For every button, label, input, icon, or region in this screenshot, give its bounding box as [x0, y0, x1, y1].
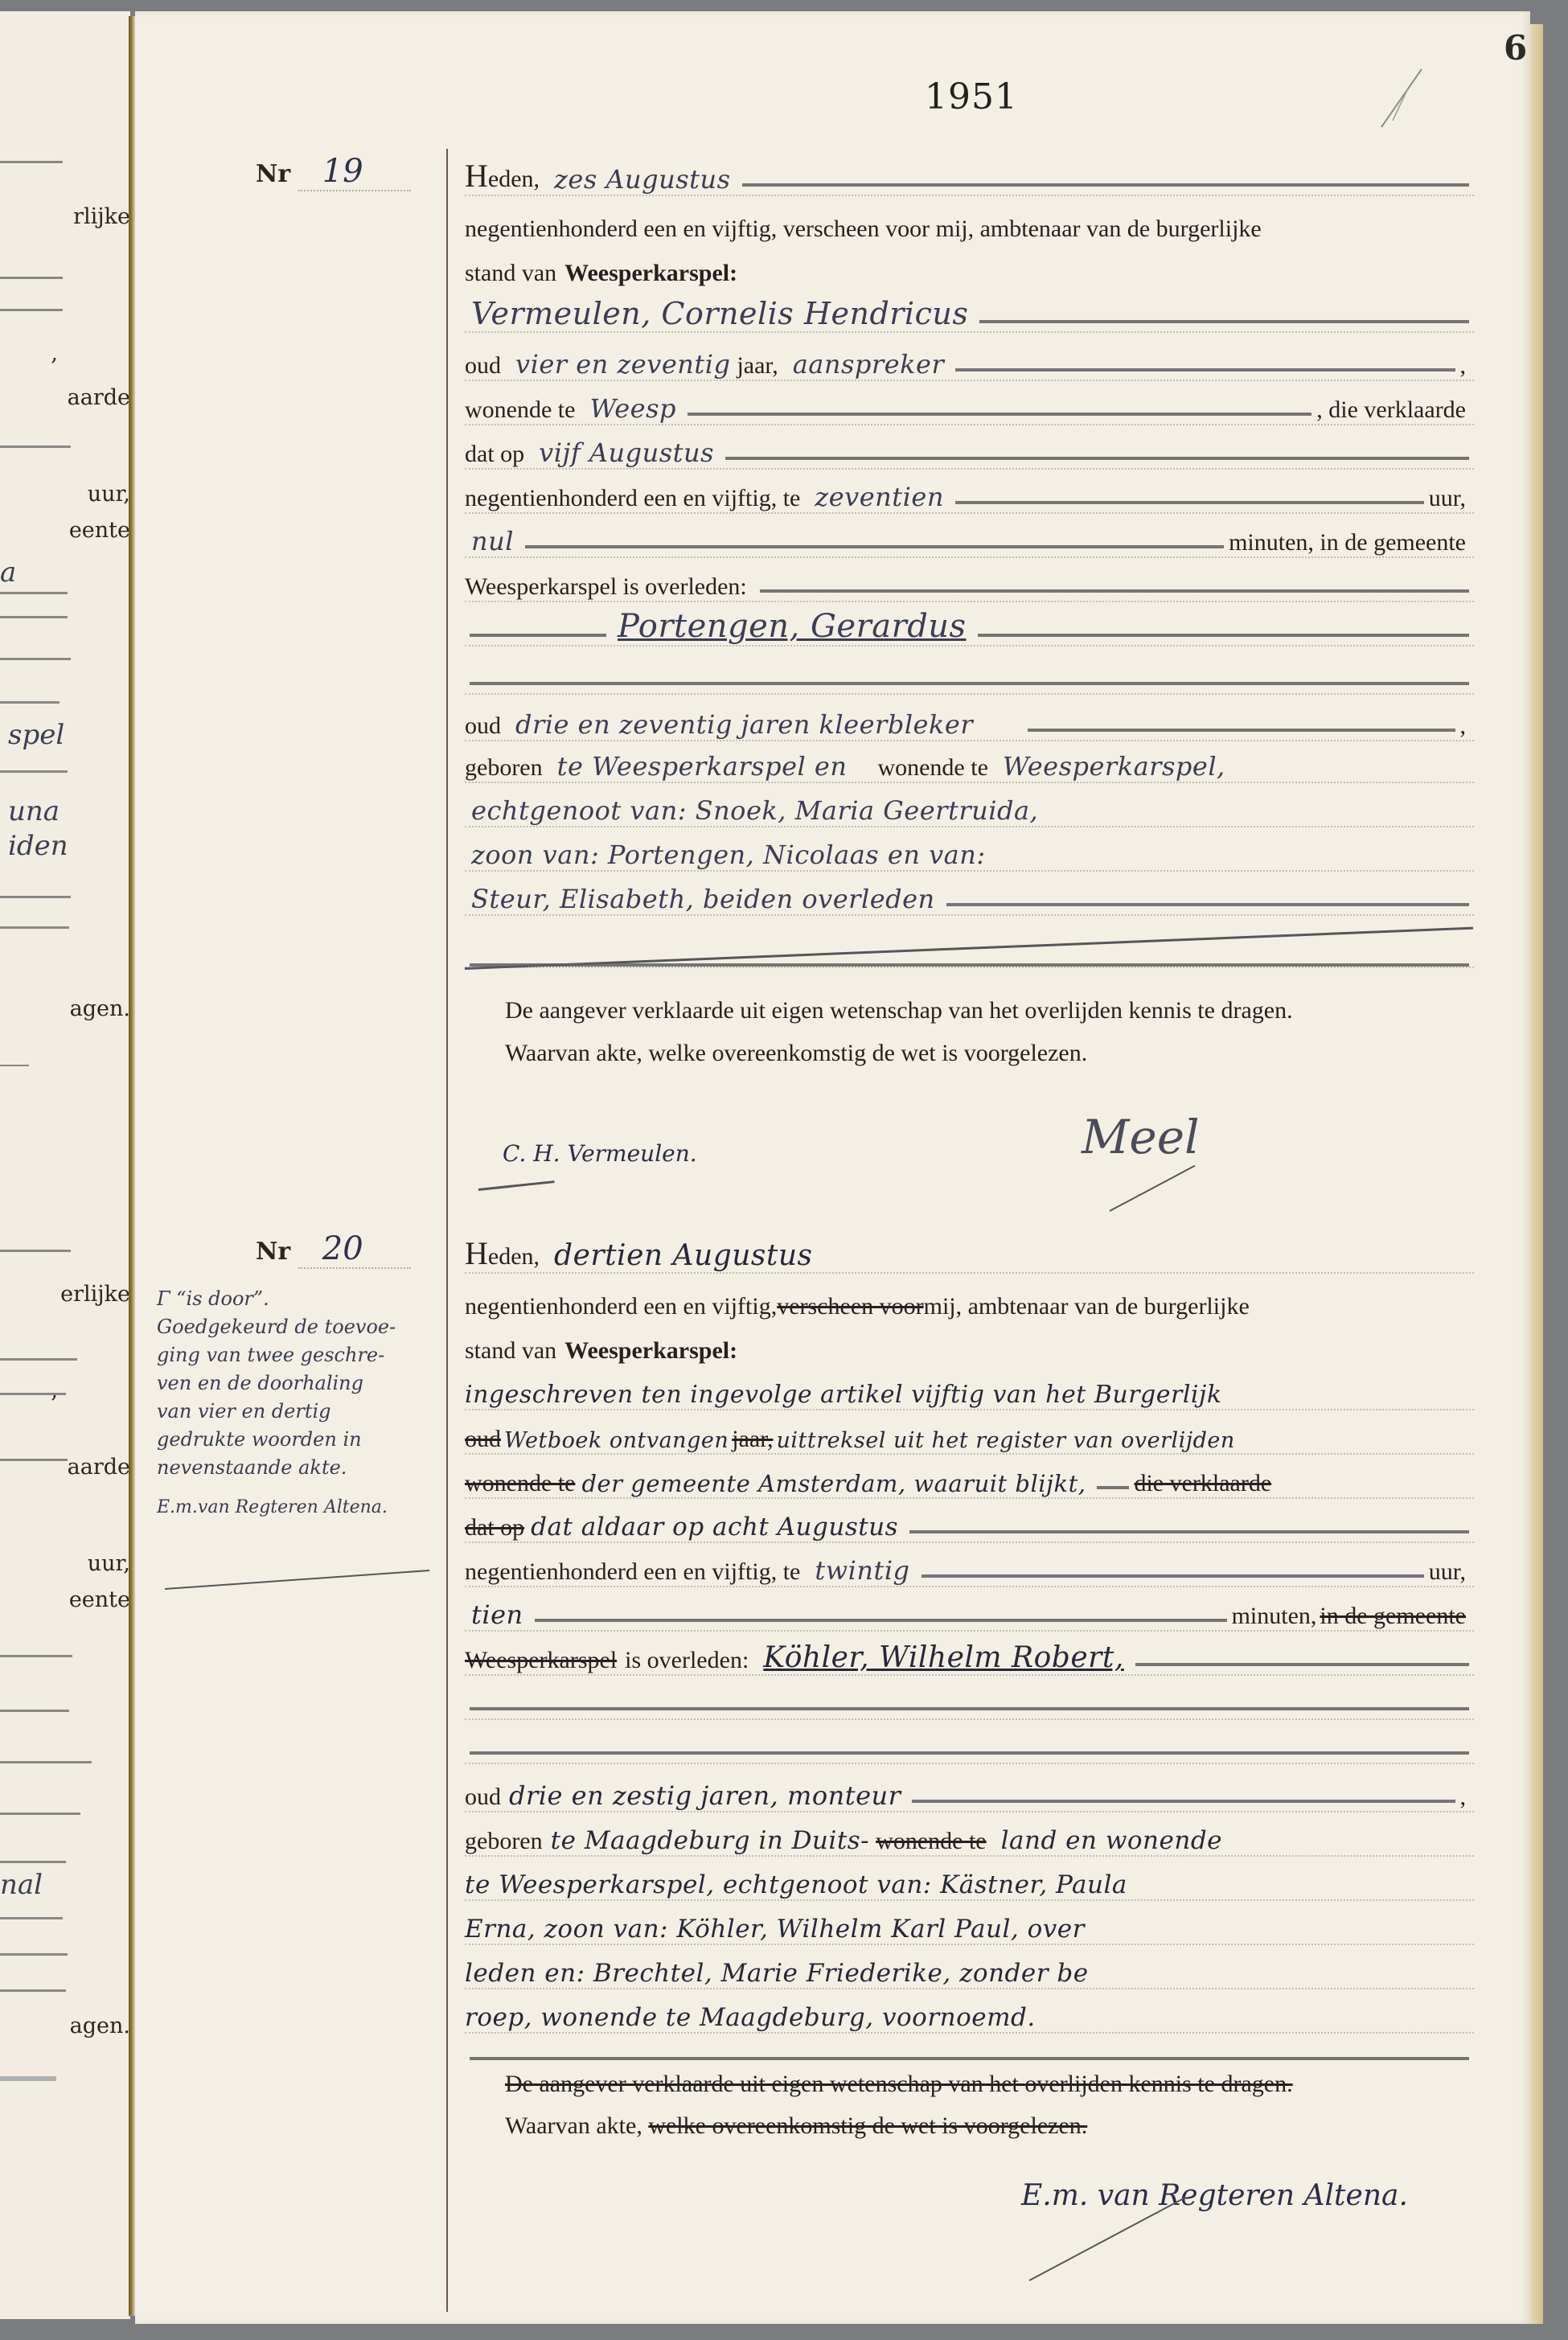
printed-text: mij, ambtenaar van de burgerlijke	[924, 1293, 1258, 1320]
form-line-blank	[465, 1721, 1474, 1764]
fill-line	[742, 183, 1469, 187]
official-signature: E.m. van Regteren Altena.	[1021, 2179, 1408, 2212]
page-number: 6	[1504, 28, 1527, 68]
rule	[0, 1989, 66, 1992]
left-handwriting: una	[8, 795, 60, 827]
closing-statement-struck: De aangever verklaarde uit eigen wetensc…	[505, 2071, 1293, 2098]
margin-note-line: Goedgekeurd de toevoe-	[157, 1313, 430, 1341]
jaar-label: jaar,	[737, 352, 786, 380]
form-line-blank	[465, 651, 1474, 695]
fill-line	[946, 903, 1469, 906]
nr-value: 19	[298, 153, 411, 191]
rule	[0, 1917, 63, 1919]
form-line-birth: geboren te Weesperkarspel en wonende te …	[465, 740, 1474, 783]
death-minutes: nul	[465, 526, 520, 556]
form-line-overleden: Weesperkarspel is overleden: Köhler, Wil…	[465, 1632, 1474, 1676]
form-line-stand: stand van Weesperkarspel:	[465, 1323, 1474, 1365]
form-line-blank	[465, 933, 1474, 975]
form-line-parents: Steur, Elisabeth, beiden overleden	[465, 872, 1474, 916]
left-fragment: aarde	[68, 385, 130, 410]
left-fragment: eente	[69, 518, 130, 543]
wonende-label: wonende te	[465, 396, 583, 424]
registration-date: zes Augustus	[548, 164, 737, 195]
rule	[0, 161, 63, 163]
fill-line	[725, 457, 1469, 460]
rule	[0, 926, 69, 929]
fill-line	[470, 2057, 1469, 2060]
deceased-name: Portengen, Gerardus	[611, 608, 973, 645]
printed-text: negentienhonderd een en vijftig, versche…	[465, 216, 1270, 243]
oud-label: oud	[465, 712, 509, 740]
margin-note-line: van vier en dertig	[157, 1398, 430, 1426]
registration-date: dertien Augustus	[548, 1239, 819, 1272]
left-handwriting: spel	[8, 719, 64, 751]
nr-value: 20	[298, 1230, 411, 1269]
birthplace: te Maagdeburg in Duits-	[544, 1826, 876, 1855]
closing-statement: De aangever verklaarde uit eigen wetensc…	[505, 997, 1293, 1024]
printed-text: negentienhonderd een en vijftig, te	[465, 485, 808, 512]
fill-line	[470, 1707, 1469, 1710]
fill-line	[909, 1530, 1469, 1533]
rule	[0, 1655, 72, 1657]
struck-text: oud	[465, 1426, 501, 1453]
fill-line	[688, 413, 1311, 416]
inserted-text: Wetboek ontvangen	[501, 1428, 732, 1453]
printed-text: negentienhonderd een en vijftig, te	[465, 1558, 808, 1586]
form-line-inserted: oud Wetboek ontvangen jaar, uittreksel u…	[465, 1411, 1474, 1455]
act-number-19: Nr 19	[256, 153, 411, 191]
parents: Erna, zoon van: Köhler, Wilhelm Karl Pau…	[465, 1915, 1091, 1944]
left-fragment: aarde	[68, 1455, 130, 1480]
pen-stroke	[0, 1065, 29, 1066]
form-line-hour: negentienhonderd een en vijftig, te zeve…	[465, 470, 1474, 514]
margin-annotation: Γ “is door”. Goedgekeurd de toevoe- ging…	[157, 1285, 430, 1521]
form-line: negentienhonderd een en vijftig, versche…	[465, 1279, 1474, 1320]
rule	[0, 1953, 68, 1956]
die-verklaarde-label: , die verklaarde	[1316, 396, 1474, 424]
overleden-label: is overleden:	[625, 1647, 757, 1674]
form-line-deceased-age: oud drie en zeventig jaren kleerbleker ,	[465, 698, 1474, 741]
wonende-te-label: wonende te	[853, 754, 995, 782]
struck-text: in de gemeente	[1320, 1603, 1474, 1630]
death-minutes: tien	[465, 1599, 530, 1630]
form-line-blank	[465, 1677, 1474, 1720]
form-line-age: oud vier en zeventig jaar, aanspreker ,	[465, 338, 1474, 381]
struck-text: jaar,	[732, 1426, 773, 1453]
form-line-minutes: nul minuten, in de gemeente	[465, 515, 1474, 558]
form-line-stand: stand van Weesperkarspel:	[465, 245, 1474, 287]
form-line-parents: zoon van: Portengen, Nicolaas en van:	[465, 828, 1474, 872]
struck-text: welke overeenkomstig de wet is voorgelez…	[648, 2112, 1087, 2139]
act-number-20: Nr 20	[256, 1230, 411, 1269]
parents: zoon van: Portengen, Nicolaas en van:	[465, 840, 992, 870]
death-hour: zeventien	[808, 482, 950, 512]
form-line-residence: te Weesperkarspel, echtgenoot van: Kästn…	[465, 1858, 1474, 1901]
declarant-signature: C. H. Vermeulen.	[503, 1140, 697, 1167]
rule	[0, 1812, 80, 1815]
fill-line	[470, 1751, 1469, 1755]
fill-line	[470, 682, 1469, 685]
uur-label: uur,	[1429, 1558, 1474, 1586]
struck-text: dat op	[465, 1514, 524, 1542]
rule	[0, 701, 60, 704]
rule	[0, 592, 68, 594]
declarant-name: Vermeulen, Cornelis Hendricus	[465, 296, 975, 331]
rule	[0, 1710, 69, 1712]
death-hour: twintig	[808, 1555, 916, 1586]
margin-note-signature: E.m.van Regteren Altena.	[157, 1493, 430, 1521]
death-date: vijf Augustus	[532, 437, 720, 468]
fill-line	[1097, 1486, 1129, 1489]
rule	[0, 277, 63, 279]
printed-text: stand van	[465, 1337, 564, 1365]
left-fragment: agen.	[70, 996, 130, 1021]
fill-line	[912, 1800, 1455, 1803]
fill-line	[525, 545, 1224, 548]
page-edge	[1530, 24, 1543, 2324]
heden-label: Heden,	[465, 157, 548, 195]
margin-note-line: Γ “is door”.	[157, 1285, 430, 1313]
oud-label: oud	[465, 352, 509, 380]
fill-line	[955, 501, 1424, 504]
parents: leden en: Brechtel, Marie Friederike, zo…	[465, 1959, 1095, 1988]
deceased-age-occupation: drie en zestig jaren, monteur	[503, 1780, 907, 1811]
rule	[0, 616, 68, 618]
form-line-parents: leden en: Brechtel, Marie Friederike, zo…	[465, 1946, 1474, 1989]
fill-line	[955, 368, 1455, 372]
left-fragment: ,	[51, 341, 58, 366]
rule	[0, 1861, 66, 1863]
form-line-deceased-age: oud drie en zestig jaren, monteur ,	[465, 1769, 1474, 1812]
margin-note-line: gedrukte woorden in	[157, 1426, 430, 1454]
form-line-blank	[465, 2026, 1474, 2068]
margin-note-line: nevenstaande akte.	[157, 1454, 430, 1482]
left-fragment: erlijke	[60, 1282, 130, 1307]
left-page: rlijke , aarde uur, eente a spel una ide…	[0, 11, 130, 2319]
form-line-inserted: wonende te der gemeente Amsterdam, waaru…	[465, 1455, 1474, 1499]
rule	[0, 445, 71, 448]
form-line-birth: geboren te Maagdeburg in Duits- wonende …	[465, 1813, 1474, 1857]
struck-text: Weesperkarspel	[465, 1647, 625, 1674]
form-line-overleden: Weesperkarspel is overleden:	[465, 559, 1474, 602]
comma: ,	[1460, 712, 1475, 740]
struck-text: die verklaarde	[1134, 1470, 1279, 1497]
closing-statement: Waarvan akte, welke overeenkomstig de we…	[505, 2112, 1087, 2140]
geboren-label: geboren	[465, 1828, 544, 1855]
form-line-deceased: Portengen, Gerardus	[465, 603, 1474, 647]
rule	[0, 1459, 68, 1461]
left-fragment: agen.	[70, 2014, 130, 2038]
form-line-hour: negentienhonderd een en vijftig, te twin…	[465, 1544, 1474, 1587]
form-line-inserted: dat op dat aldaar op acht Augustus	[465, 1500, 1474, 1543]
municipality-name: Weesperkarspel:	[564, 260, 745, 287]
rule	[0, 770, 68, 773]
margin-note-line: ven en de doorhaling	[157, 1369, 430, 1398]
fill-line	[470, 634, 606, 637]
struck-text: wonende te	[876, 1828, 994, 1855]
form-line-heden: Heden, dertien Augustus	[465, 1230, 1474, 1274]
closing-statement: Waarvan akte, welke overeenkomstig de we…	[505, 1040, 1087, 1067]
printed-text: Waarvan akte,	[505, 2112, 648, 2139]
printed-text: stand van	[465, 260, 564, 287]
nr-label: Nr	[256, 160, 290, 188]
comma: ,	[1460, 1784, 1475, 1811]
left-fragment: ,	[51, 1378, 58, 1403]
minuten-label: minuten, in de gemeente	[1229, 529, 1474, 556]
rule	[0, 1761, 92, 1763]
nr-label: Nr	[256, 1238, 290, 1266]
residence-spouse: te Weesperkarspel, echtgenoot van: Kästn…	[465, 1870, 1134, 1899]
comma: ,	[1460, 352, 1475, 380]
declarant-age: vier en zeventig	[509, 349, 737, 380]
printed-text: negentienhonderd een en vijftig,	[465, 1293, 777, 1320]
fill-line	[978, 634, 1469, 637]
margin-note-line: ging van twee geschre-	[157, 1341, 430, 1369]
form-line: negentienhonderd een en vijftig, versche…	[465, 201, 1474, 243]
column-divider	[446, 149, 448, 2312]
overleden-label: Weesperkarspel is overleden:	[465, 573, 755, 601]
deceased-residence: Weesperkarspel,	[996, 751, 1232, 782]
uur-label: uur,	[1429, 485, 1474, 512]
birthplace: te Weesperkarspel en	[551, 751, 854, 782]
left-handwriting: nal	[0, 1869, 43, 1901]
rule	[0, 1250, 71, 1252]
declarant-residence: Weesp	[583, 393, 683, 424]
pencil-tick-icon	[1375, 64, 1431, 137]
form-line-parents: Erna, zoon van: Köhler, Wilhelm Karl Pau…	[465, 1902, 1474, 1945]
register-year: 1951	[925, 76, 1018, 117]
oud-label: oud	[465, 1784, 503, 1811]
book-gutter	[129, 16, 135, 2316]
rule	[0, 309, 63, 311]
form-line-residence: wonende te Weesp , die verklaarde	[465, 382, 1474, 425]
declarant-occupation: aanspreker	[786, 349, 951, 380]
heden-label: Heden,	[465, 1234, 548, 1272]
fill-line	[979, 320, 1469, 323]
fill-line	[922, 1574, 1424, 1578]
birthplace-continued: land en wonende	[995, 1826, 1229, 1855]
left-handwriting: a	[0, 556, 16, 589]
inserted-text: dat aldaar op acht Augustus	[524, 1513, 905, 1542]
rule	[0, 896, 71, 898]
official-signature: Meel	[1082, 1110, 1200, 1164]
left-fragment: uur,	[88, 1551, 130, 1576]
fill-line	[760, 589, 1469, 593]
inserted-text: ingeschreven ten ingevolge artikel vijft…	[465, 1381, 1229, 1409]
dat-op-label: dat op	[465, 441, 532, 468]
form-line-minutes: tien minuten, in de gemeente	[465, 1588, 1474, 1632]
deceased-name: Köhler, Wilhelm Robert,	[757, 1641, 1130, 1674]
parents: Steur, Elisabeth, beiden overleden	[465, 884, 942, 914]
deceased-age-occupation: drie en zeventig jaren kleerbleker	[509, 709, 979, 740]
spouse: echtgenoot van: Snoek, Maria Geertruida,	[465, 795, 1045, 826]
inserted-text: uittreksel uit het register van overlijd…	[774, 1428, 1238, 1453]
form-line-death-date: dat op vijf Augustus	[465, 426, 1474, 470]
fill-line	[535, 1619, 1227, 1622]
minuten-label: minuten,	[1232, 1603, 1320, 1630]
fill-line	[1135, 1663, 1469, 1666]
rule	[0, 658, 71, 660]
struck-text: verscheen voor	[777, 1293, 923, 1320]
pen-stroke	[0, 2076, 56, 2081]
struck-text: wonende te	[465, 1470, 575, 1497]
form-line-inserted: ingeschreven ten ingevolge artikel vijft…	[465, 1367, 1474, 1410]
form-line-declarant: Vermeulen, Cornelis Hendricus	[465, 289, 1474, 333]
left-fragment: uur,	[88, 482, 130, 507]
inserted-text: der gemeente Amsterdam, waaruit blijkt,	[575, 1470, 1092, 1497]
left-handwriting: iden	[8, 830, 68, 862]
form-line-heden: Heden, zes Augustus	[465, 153, 1474, 196]
geboren-label: geboren	[465, 754, 551, 782]
left-fragment: rlijke	[73, 204, 130, 229]
fill-line	[470, 963, 1469, 967]
fill-line	[1028, 729, 1455, 732]
municipality-name: Weesperkarspel:	[564, 1337, 745, 1365]
rule	[0, 1358, 77, 1361]
form-line-spouse: echtgenoot van: Snoek, Maria Geertruida,	[465, 784, 1474, 827]
left-fragment: eente	[69, 1587, 130, 1612]
